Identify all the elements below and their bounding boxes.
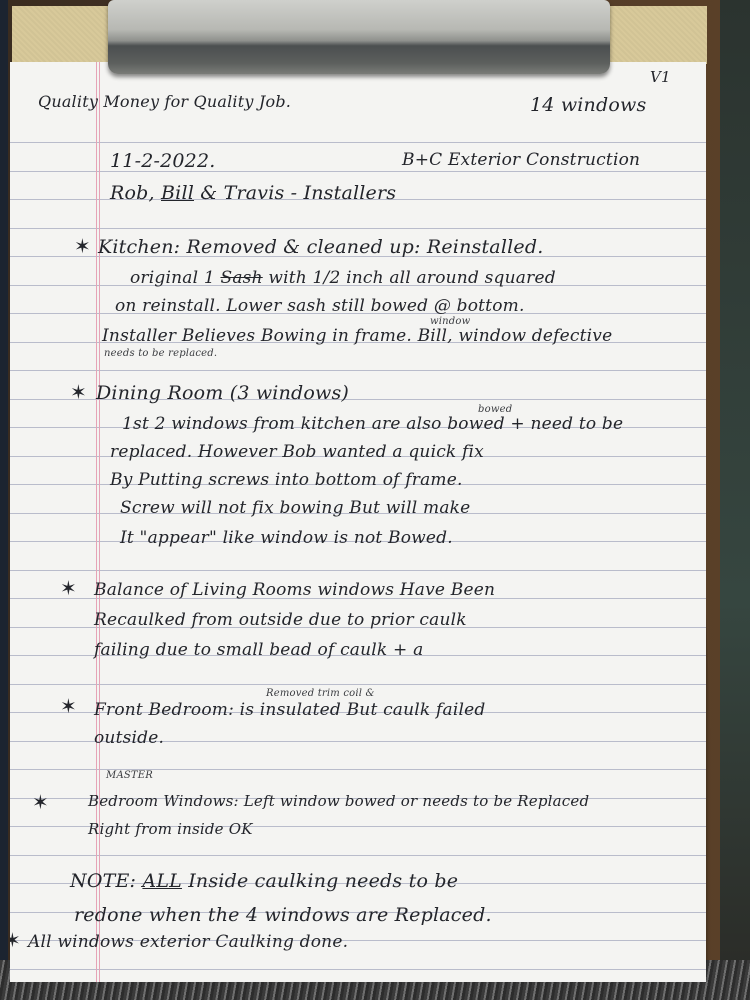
ruled-line xyxy=(10,969,706,970)
dining-line-6: It "appear" like window is not Bowed. xyxy=(120,528,453,548)
star-bullet-icon: ✶ xyxy=(60,576,77,600)
installer-rob: Rob, xyxy=(110,182,161,204)
ruled-line xyxy=(10,684,706,685)
master-insertion: MASTER xyxy=(106,770,153,781)
front-bedroom-line-1: Front Bedroom: is insulated But caulk fa… xyxy=(94,700,485,720)
kitchen-sub-note: needs to be replaced. xyxy=(104,348,217,359)
living-line-3: failing due to small bead of caulk + a xyxy=(94,640,423,660)
corner-mark: V1 xyxy=(650,68,671,86)
company-name: B+C Exterior Construction xyxy=(402,150,640,170)
note-line-2: redone when the 4 windows are Replaced. xyxy=(74,904,492,926)
dining-line-5: Screw will not fix bowing But will make xyxy=(120,498,470,518)
dining-line-2: 1st 2 windows from kitchen are also bowe… xyxy=(122,414,623,434)
living-line-1: Balance of Living Rooms windows Have Bee… xyxy=(94,580,495,600)
ruled-line xyxy=(10,142,706,143)
clipboard-clip xyxy=(108,0,610,74)
struck-word: Sash xyxy=(220,268,262,288)
kitchen-line-1: Kitchen: Removed & cleaned up: Reinstall… xyxy=(98,236,543,258)
installer-travis: & Travis - Installers xyxy=(194,182,396,204)
installers-line: Rob, Bill & Travis - Installers xyxy=(110,182,396,204)
kitchen-line-2: original 1 Sash with 1/2 inch all around… xyxy=(130,268,556,288)
star-bullet-icon: ✶ xyxy=(32,790,49,814)
star-bullet-icon: ✶ xyxy=(70,380,87,404)
front-bedroom-line-2: outside. xyxy=(94,728,164,748)
note-emphasis: ALL xyxy=(142,870,182,892)
margin-line xyxy=(99,62,100,982)
master-line-2: Right from inside OK xyxy=(88,820,253,838)
background-right xyxy=(720,0,750,1000)
dining-line-3: replaced. However Bob wanted a quick fix xyxy=(110,442,484,462)
dining-line-4: By Putting screws into bottom of frame. xyxy=(110,470,463,490)
note-line-1: NOTE: ALL Inside caulking needs to be xyxy=(70,870,458,892)
living-line-2: Recaulked from outside due to prior caul… xyxy=(94,610,467,630)
margin-line xyxy=(96,62,97,982)
kitchen-line-4: Installer Believes Bowing in frame. Bill… xyxy=(102,326,612,346)
final-entry: All windows exterior Caulking done. xyxy=(28,932,348,952)
ruled-line xyxy=(10,228,706,229)
ruled-line xyxy=(10,570,706,571)
date: 11-2-2022. xyxy=(110,150,216,172)
star-bullet-icon: ✶ xyxy=(60,694,77,718)
ruled-line xyxy=(10,855,706,856)
master-line-1: Bedroom Windows: Left window bowed or ne… xyxy=(88,792,589,810)
note-line-1-rest: Inside caulking needs to be xyxy=(182,870,458,892)
header-slogan: Quality Money for Quality Job. xyxy=(38,92,291,111)
kitchen-line-3: on reinstall. Lower sash still bowed @ b… xyxy=(115,296,525,316)
window-count: 14 windows xyxy=(530,94,646,116)
note-label: NOTE: xyxy=(70,870,136,892)
star-bullet-icon: ✶ xyxy=(74,234,91,258)
installer-bill: Bill xyxy=(161,182,194,204)
front-bedroom-insertion: Removed trim coil & xyxy=(266,688,375,699)
notepad-sheet: V1 Quality Money for Quality Job. 14 win… xyxy=(10,62,706,982)
dining-line-1: Dining Room (3 windows) xyxy=(96,382,349,404)
ruled-line xyxy=(10,370,706,371)
